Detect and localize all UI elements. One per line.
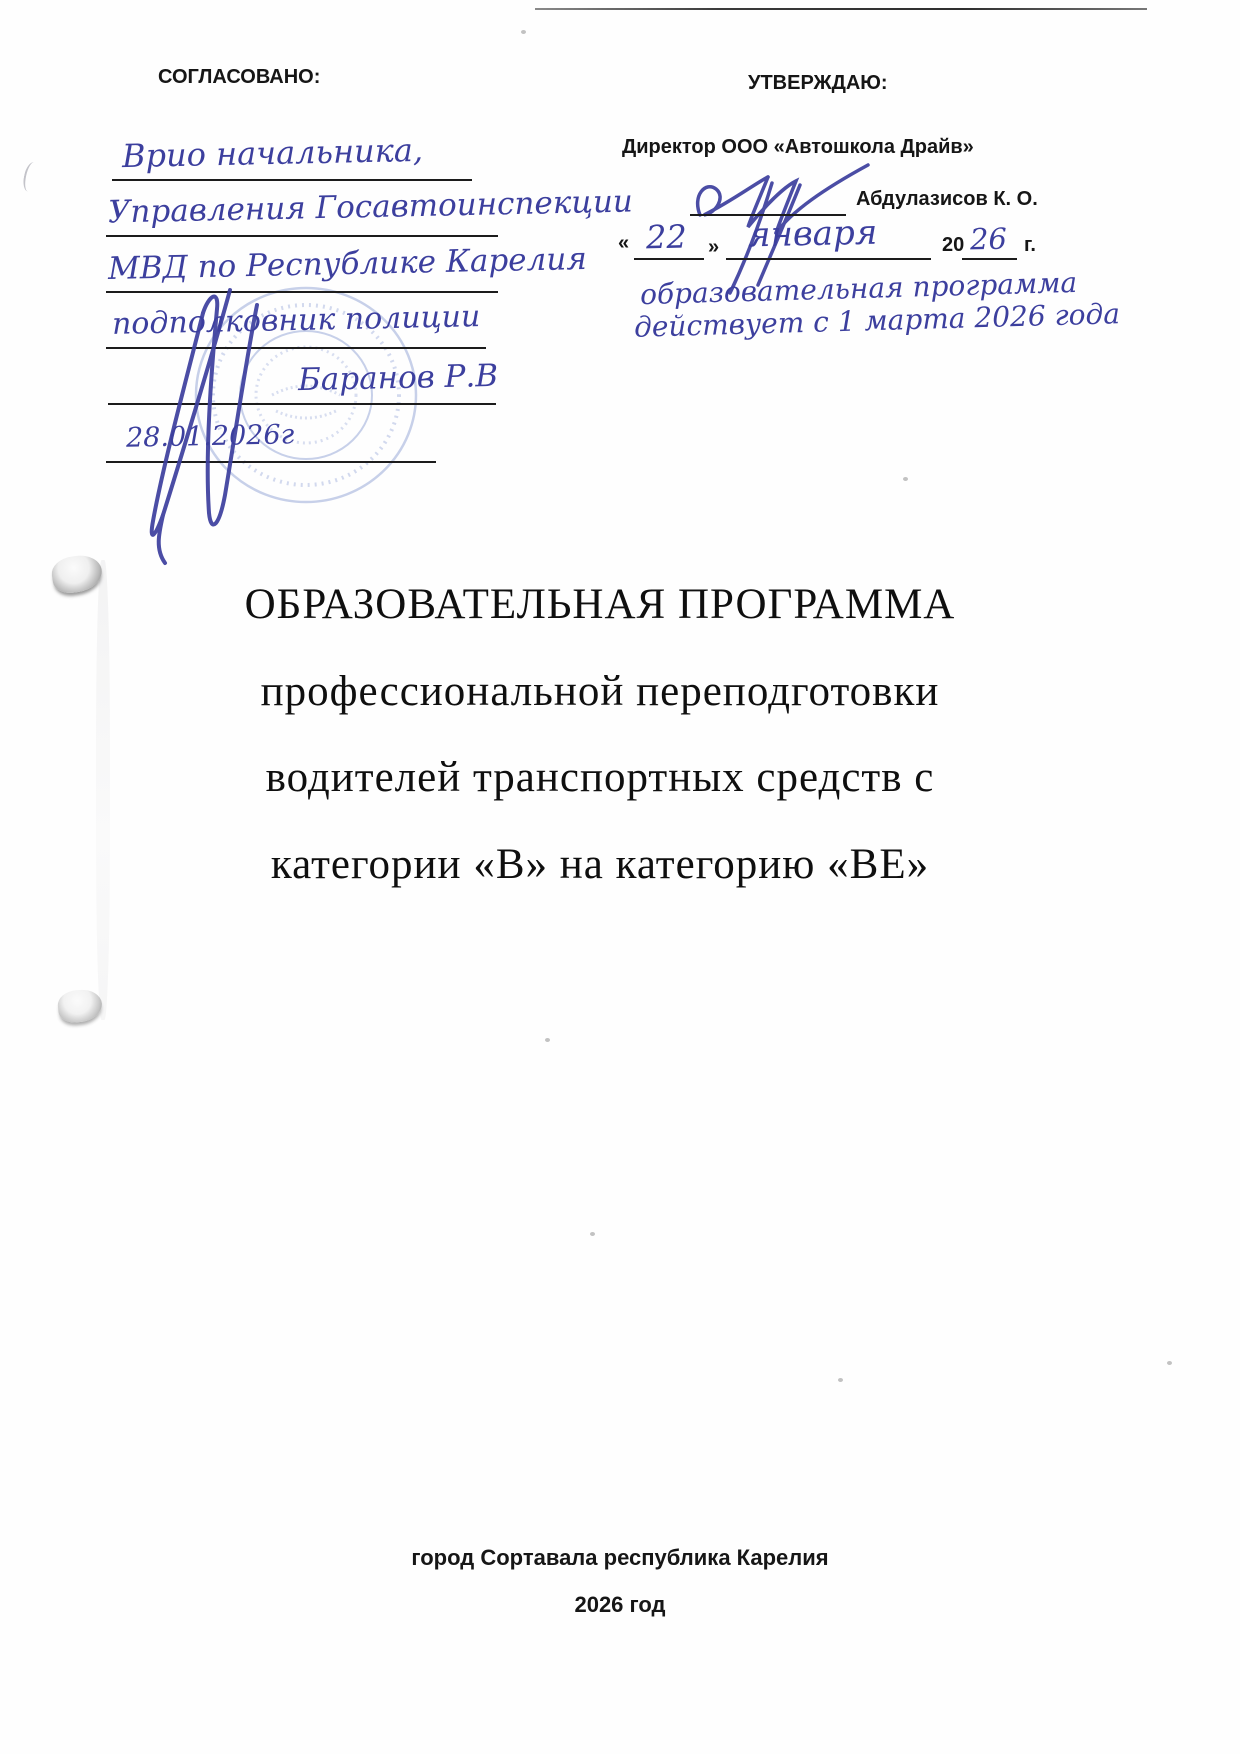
signature-line bbox=[726, 258, 931, 260]
date-year-handwritten: 26 bbox=[970, 222, 1008, 257]
agreed-signature bbox=[135, 275, 275, 570]
footer-city: город Сортавала республика Карелия bbox=[0, 1545, 1240, 1571]
scanned-document-page: СОГЛАСОВАНО: УТВЕРЖДАЮ: Врио начальника,… bbox=[0, 0, 1240, 1754]
document-title-line-1: ОБРАЗОВАТЕЛЬНАЯ ПРОГРАММА bbox=[60, 580, 1140, 629]
date-close-quote: » bbox=[708, 236, 719, 259]
document-title-line-2: профессиональной переподготовки bbox=[60, 667, 1140, 716]
approved-heading: УТВЕРЖДАЮ: bbox=[748, 72, 888, 95]
date-century: 20 bbox=[942, 234, 964, 257]
date-year-suffix: г. bbox=[1024, 234, 1036, 257]
agreed-heading: СОГЛАСОВАНО: bbox=[158, 66, 320, 89]
signature-line bbox=[112, 179, 472, 181]
footer-year: 2026 год bbox=[0, 1592, 1240, 1618]
scan-speck bbox=[521, 30, 526, 34]
agreed-line-2: Управления Госавтоинспекции bbox=[108, 184, 633, 231]
scan-speck bbox=[903, 477, 908, 481]
document-title-line-4: категории «В» на категорию «ВЕ» bbox=[60, 840, 1140, 889]
agreed-line-1: Врио начальника, bbox=[122, 131, 424, 175]
document-title-line-3: водителей транспортных средств с bbox=[60, 753, 1140, 802]
date-day-handwritten: 22 bbox=[646, 218, 688, 257]
agreed-signer-name: Баранов Р.В bbox=[298, 358, 499, 398]
scan-speck bbox=[590, 1232, 595, 1236]
signature-line bbox=[634, 258, 704, 260]
signature-line bbox=[106, 235, 498, 237]
scan-edge-line bbox=[535, 8, 1147, 10]
date-open-quote: « bbox=[618, 232, 629, 255]
scan-speck bbox=[838, 1378, 843, 1382]
binding-mark-bottom bbox=[57, 988, 104, 1024]
approved-signer-name: Абдулазисов К. О. bbox=[856, 188, 1038, 211]
signature-line bbox=[962, 258, 1017, 260]
scan-speck bbox=[545, 1038, 550, 1042]
scan-speck bbox=[1167, 1361, 1172, 1365]
date-month-handwritten: января bbox=[748, 213, 878, 256]
scan-fold-mark bbox=[21, 161, 41, 193]
signature-icon bbox=[135, 275, 275, 570]
